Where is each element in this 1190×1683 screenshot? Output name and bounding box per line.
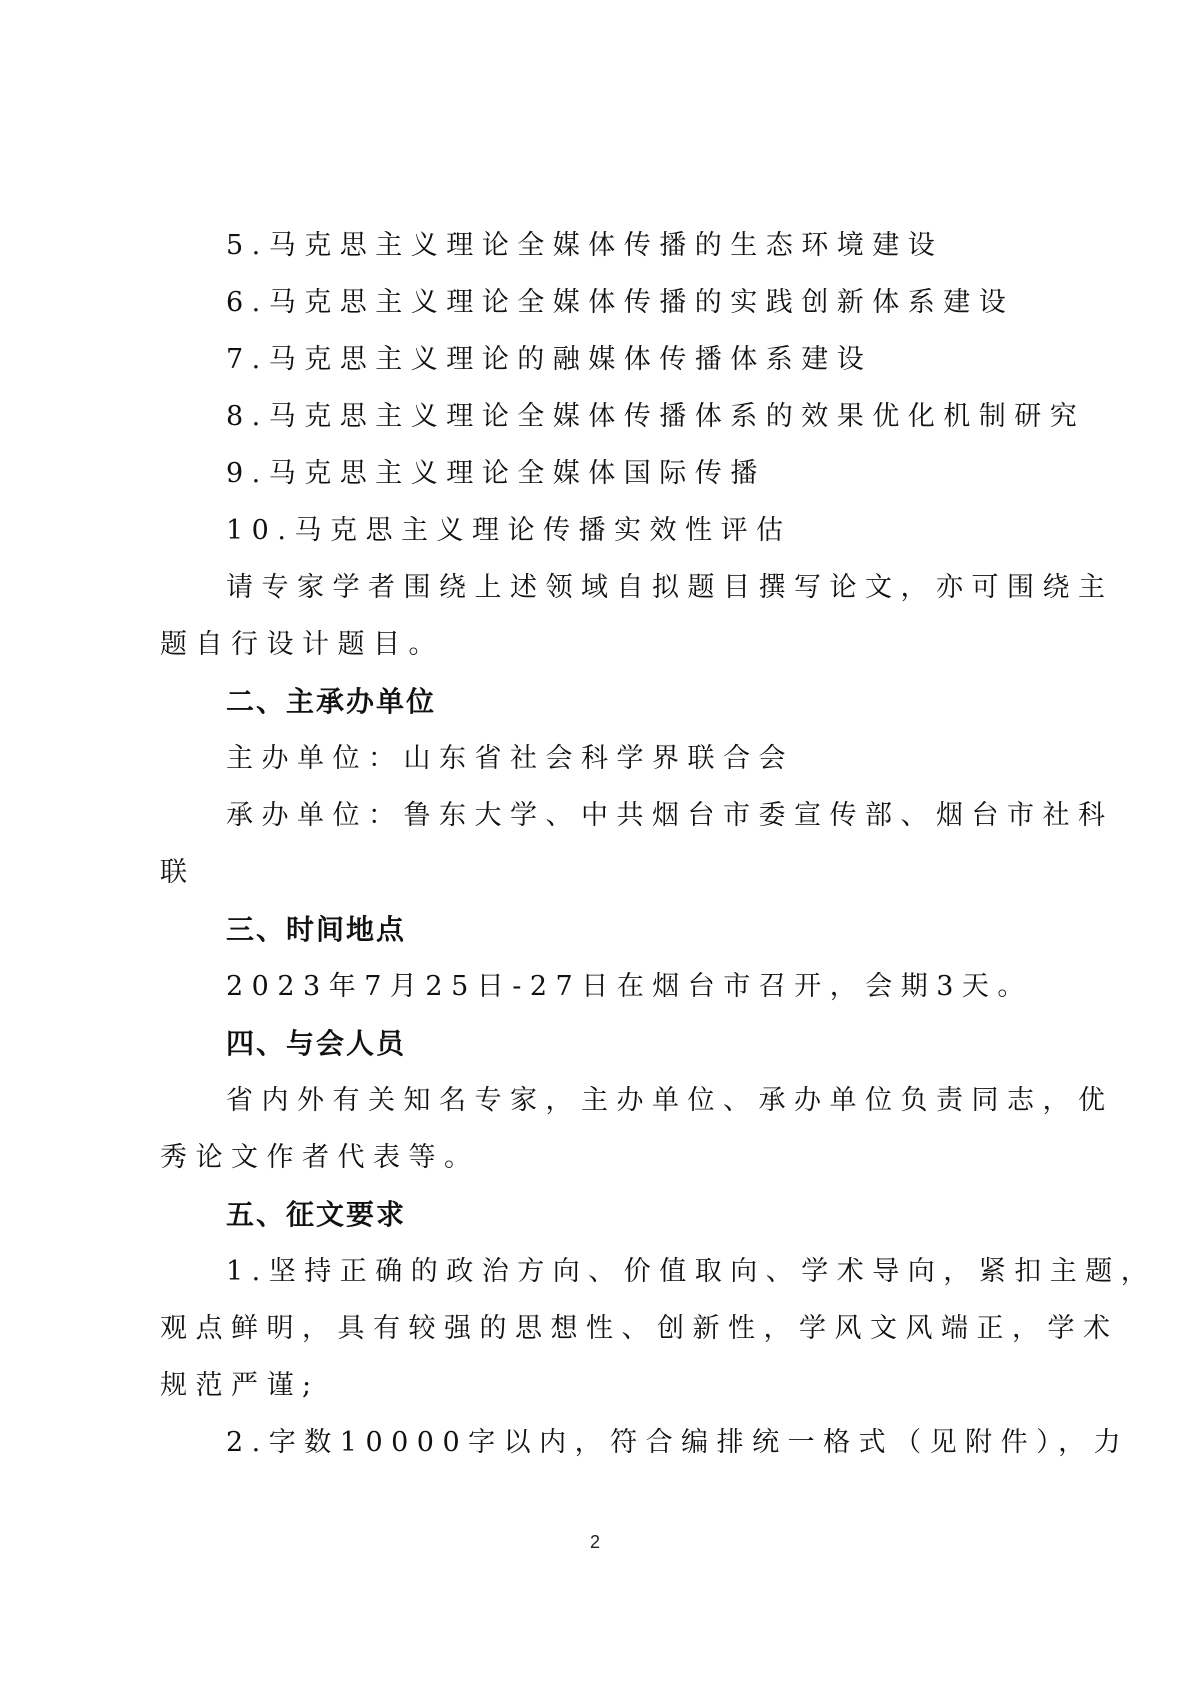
paragraph-line: 省内外有关知名专家，主办单位、承办单位负责同志，优 bbox=[226, 1083, 1114, 1119]
section-heading-organizers: 二、主承办单位 bbox=[226, 684, 436, 720]
paragraph-line: 2023年7月25日-27日在烟台市召开，会期3天。 bbox=[226, 969, 1033, 1005]
requirement-item-2: 2.字数10000字以内，符合编排统一格式（见附件），力 bbox=[226, 1425, 1129, 1461]
section-heading-attendees: 四、与会人员 bbox=[226, 1026, 406, 1062]
paragraph-continuation: 秀论文作者代表等。 bbox=[160, 1140, 480, 1176]
topic-item-10: 10.马克思主义理论传播实效性评估 bbox=[226, 513, 791, 549]
paragraph-line: 主办单位：山东省社会科学界联合会 bbox=[226, 741, 794, 777]
topic-item-9: 9.马克思主义理论全媒体国际传播 bbox=[226, 456, 766, 492]
topic-item-7: 7.马克思主义理论的融媒体传播体系建设 bbox=[226, 342, 872, 378]
paragraph-continuation: 题自行设计题目。 bbox=[160, 627, 444, 663]
paragraph-continuation: 联 bbox=[160, 855, 196, 891]
paragraph-continuation: 观点鲜明，具有较强的思想性、创新性，学风文风端正，学术 bbox=[160, 1311, 1119, 1347]
document-page: 5.马克思主义理论全媒体传播的生态环境建设 6.马克思主义理论全媒体传播的实践创… bbox=[0, 0, 1190, 1683]
page-number: 2 bbox=[0, 1532, 1190, 1553]
topic-item-6: 6.马克思主义理论全媒体传播的实践创新体系建设 bbox=[226, 285, 1014, 321]
requirement-item-1: 1.坚持正确的政治方向、价值取向、学术导向，紧扣主题， bbox=[226, 1254, 1156, 1290]
paragraph-line: 请专家学者围绕上述领域自拟题目撰写论文，亦可围绕主 bbox=[226, 570, 1114, 606]
topic-item-8: 8.马克思主义理论全媒体传播体系的效果优化机制研究 bbox=[226, 399, 1085, 435]
section-heading-time-place: 三、时间地点 bbox=[226, 912, 406, 948]
section-heading-requirements: 五、征文要求 bbox=[226, 1197, 406, 1233]
paragraph-continuation: 规范严谨; bbox=[160, 1368, 320, 1404]
paragraph-line: 承办单位：鲁东大学、中共烟台市委宣传部、烟台市社科 bbox=[226, 798, 1114, 834]
topic-item-5: 5.马克思主义理论全媒体传播的生态环境建设 bbox=[226, 228, 943, 264]
